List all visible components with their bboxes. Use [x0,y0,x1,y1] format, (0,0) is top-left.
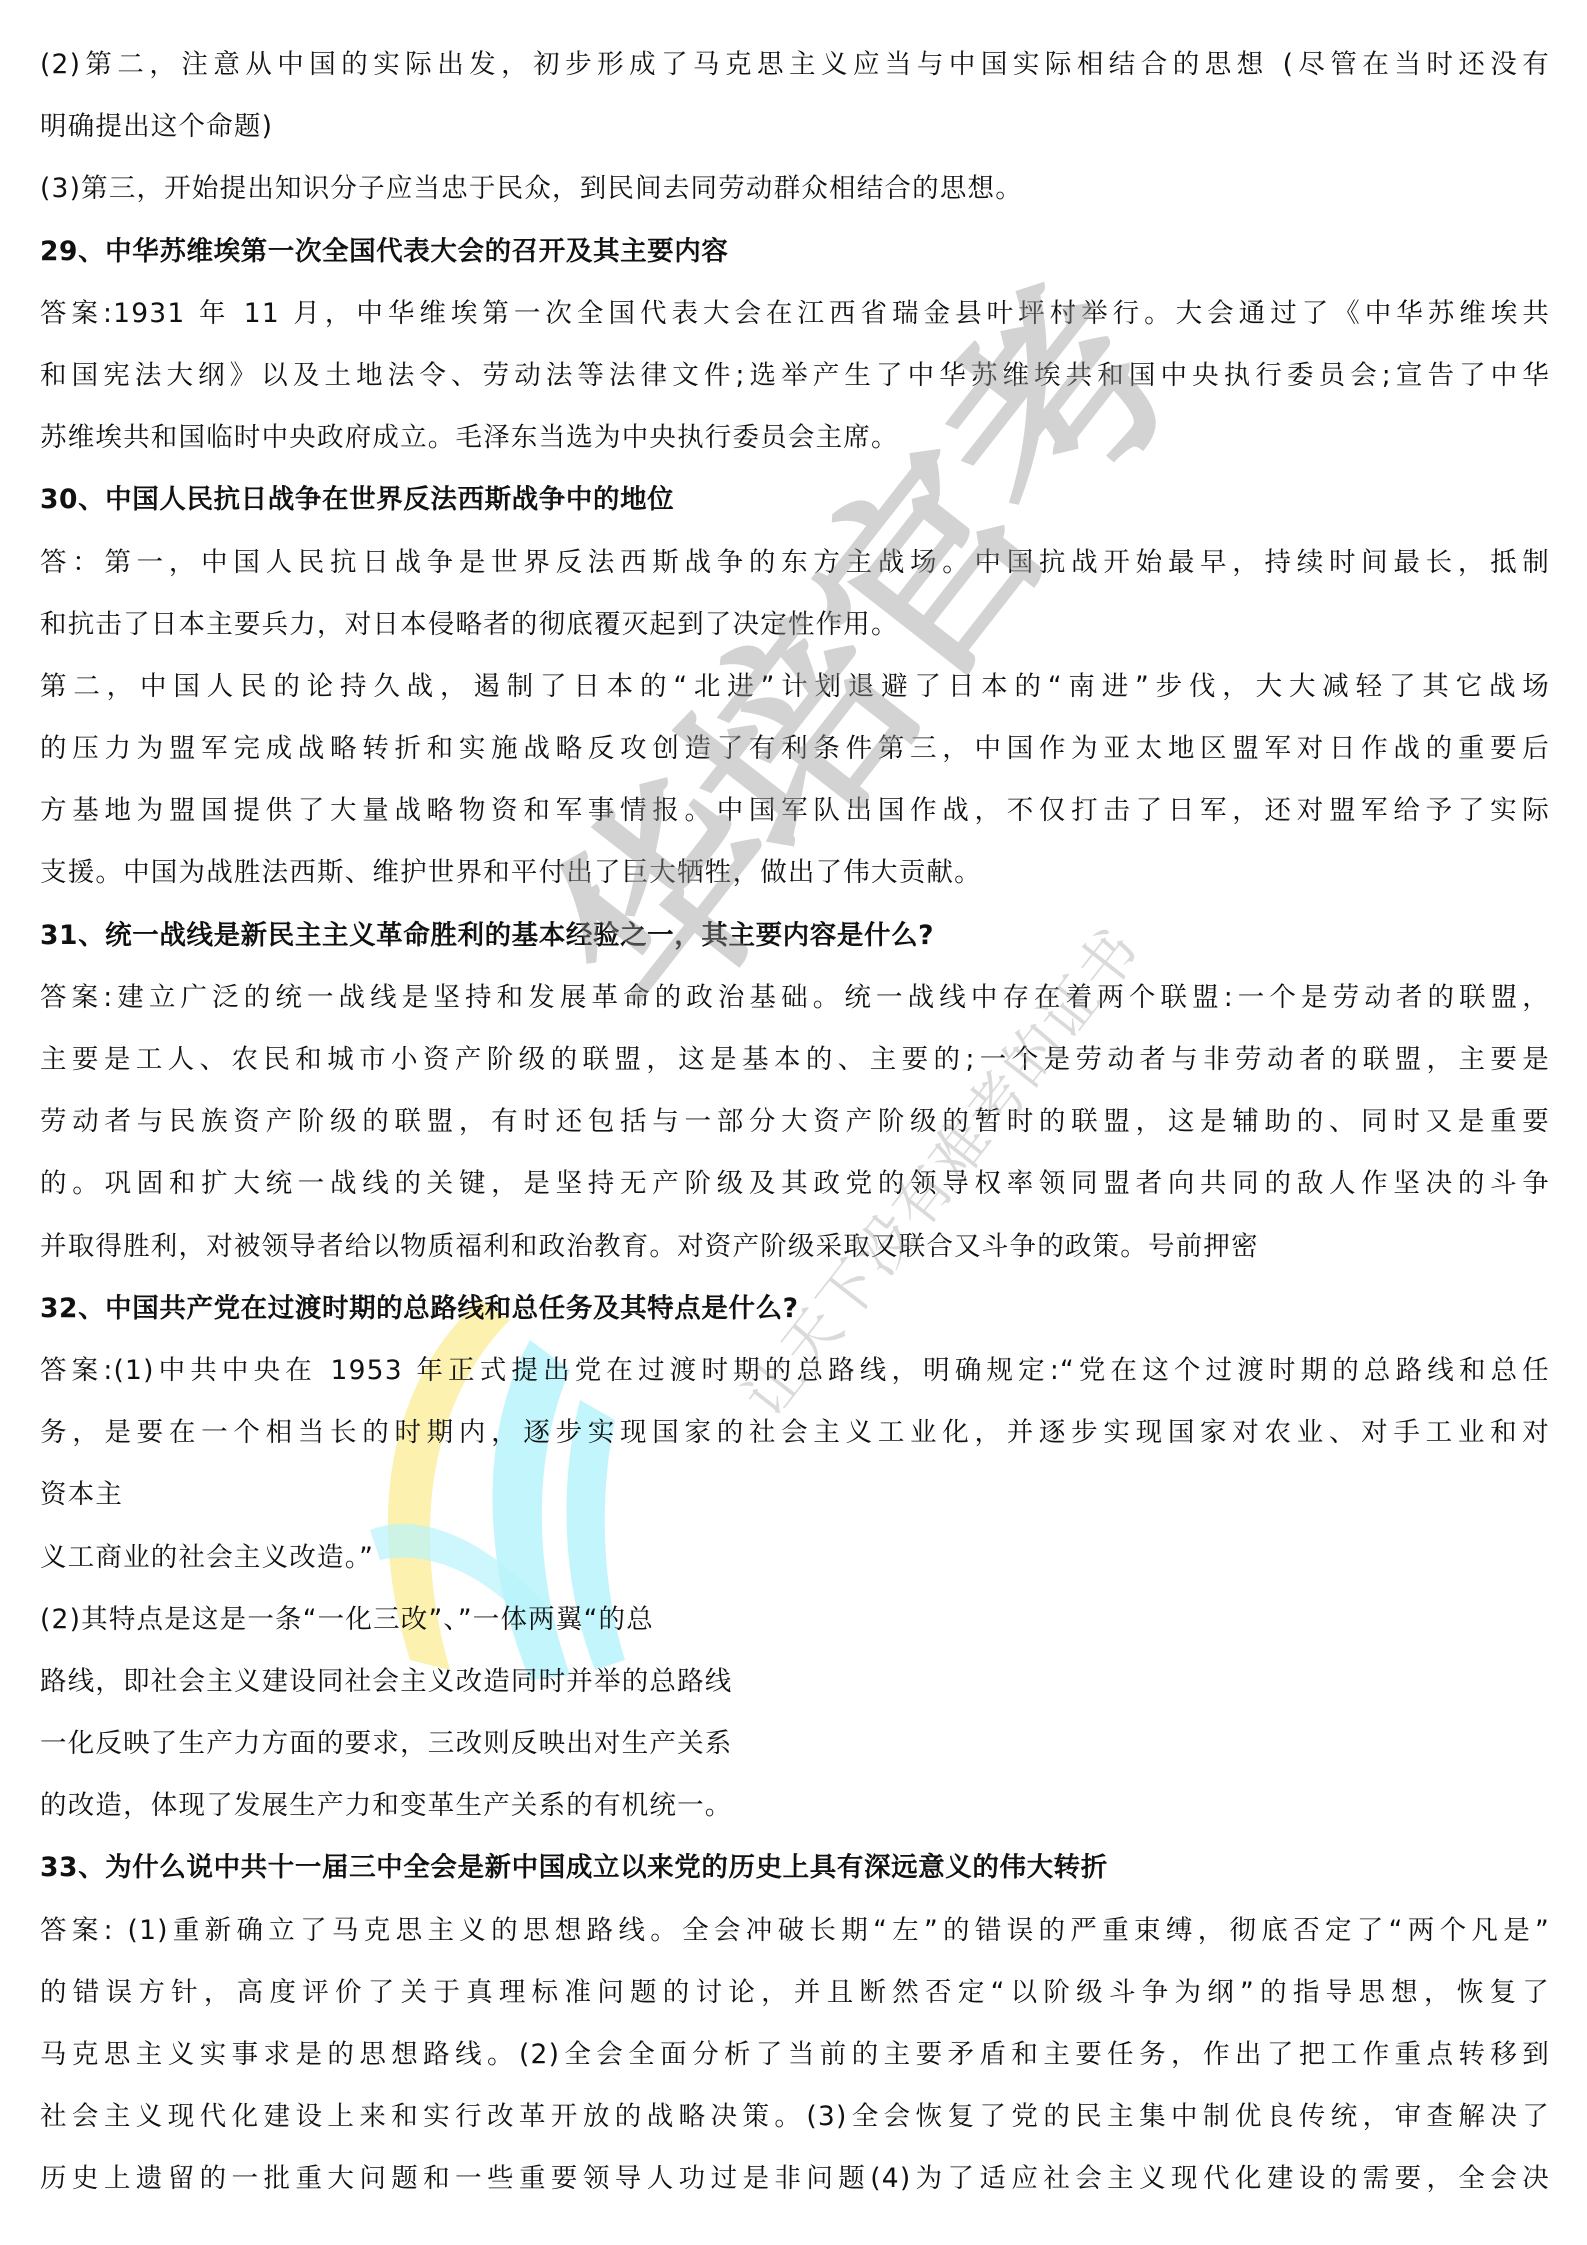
answer-text-line: 路线，即社会主义建设同社会主义改造同时并举的总路线 [40,1651,1550,1713]
answer-text-line: (3)第三，开始提出知识分子应当忠于民众，到民间去同劳动群众相结合的思想。 [40,158,1550,220]
answer-text-line: 第二，中国人民的论持久战，遏制了日本的“北进”计划退避了日本的“南进”步伐，大大… [40,656,1550,718]
answer-text-line: 的压力为盟军完成战略转折和实施战略反攻创造了有利条件第三，中国作为亚太地区盟军对… [40,718,1550,780]
question-heading: 32、中国共产党在过渡时期的总路线和总任务及其特点是什么? [40,1278,1550,1340]
answer-text-line: 历史上遗留的一批重大问题和一些重要领导人功过是非问题(4)为了适应社会主义现代化… [40,2148,1550,2210]
answer-text-line: 答案: (1)重新确立了马克思主义的思想路线。全会冲破长期“左”的错误的严重束缚… [40,1900,1550,1962]
answer-text-line: 一化反映了生产力方面的要求，三改则反映出对生产关系 [40,1713,1550,1775]
question-heading: 29、中华苏维埃第一次全国代表大会的召开及其主要内容 [40,221,1550,283]
answer-text-line: 答案:(1)中共中央在 1953 年正式提出党在过渡时期的总路线，明确规定:“党… [40,1340,1550,1402]
answer-text-line: 方基地为盟国提供了大量战略物资和军事情报。中国军队出国作战，不仅打击了日军，还对… [40,780,1550,842]
answer-text-line: 马克思主义实事求是的思想路线。(2)全会全面分析了当前的主要矛盾和主要任务，作出… [40,2024,1550,2086]
answer-text-line: 答案:建立广泛的统一战线是坚持和发展革命的政治基础。统一战线中存在着两个联盟:一… [40,967,1550,1029]
answer-text-line: 答案:1931 年 11 月，中华维埃第一次全国代表大会在江西省瑞金县叶坪村举行… [40,283,1550,345]
answer-text-line: 的错误方针，高度评价了关于真理标准问题的讨论，并且断然否定“以阶级斗争为纲”的指… [40,1962,1550,2024]
answer-text-line: 和国宪法大纲》以及土地法令、劳动法等法律文件;选举产生了中华苏维埃共和国中央执行… [40,345,1550,407]
answer-text-line: 劳动者与民族资产阶级的联盟，有时还包括与一部分大资产阶级的暂时的联盟，这是辅助的… [40,1091,1550,1153]
answer-text-line: 明确提出这个命题) [40,96,1550,158]
answer-text-line: 资本主 [40,1464,1550,1526]
answer-text-line: 和抗击了日本主要兵力，对日本侵略者的彻底覆灭起到了决定性作用。 [40,594,1550,656]
answer-text-line: 的。巩固和扩大统一战线的关键，是坚持无产阶级及其政党的领导权率领同盟者向共同的敌… [40,1153,1550,1215]
question-heading: 33、为什么说中共十一届三中全会是新中国成立以来党的历史上具有深远意义的伟大转折 [40,1837,1550,1899]
answer-text-line: 务，是要在一个相当长的时期内，逐步实现国家的社会主义工业化，并逐步实现国家对农业… [40,1402,1550,1464]
question-heading: 30、中国人民抗日战争在世界反法西斯战争中的地位 [40,469,1550,531]
answer-text-line: 苏维埃共和国临时中央政府成立。毛泽东当选为中央执行委员会主席。 [40,407,1550,469]
answer-text-line: 社会主义现代化建设上来和实行改革开放的战略决策。(3)全会恢复了党的民主集中制优… [40,2086,1550,2148]
answer-text-line: 支援。中国为战胜法西斯、维护世界和平付出了巨大牺牲，做出了伟大贡献。 [40,842,1550,904]
answer-text-line: 答：第一，中国人民抗日战争是世界反法西斯战争的东方主战场。中国抗战开始最早，持续… [40,532,1550,594]
answer-text-line: (2)其特点是这是一条“一化三改”、”一体两翼“的总 [40,1589,1550,1651]
answer-text-line: 主要是工人、农民和城市小资产阶级的联盟，这是基本的、主要的;一个是劳动者与非劳动… [40,1029,1550,1091]
answer-text-line: 的改造，体现了发展生产力和变革生产关系的有机统一。 [40,1775,1550,1837]
question-heading: 31、统一战线是新民主主义革命胜利的基本经验之一，其主要内容是什么? [40,905,1550,967]
answer-text-line: 并取得胜利，对被领导者给以物质福利和政治教育。对资产阶级采取又联合又斗争的政策。… [40,1216,1550,1278]
answer-text-line: 义工商业的社会主义改造。” [40,1527,1550,1589]
document-page: (2)第二，注意从中国的实际出发，初步形成了马克思主义应当与中国实际相结合的思想… [40,34,1550,2211]
answer-text-line: (2)第二，注意从中国的实际出发，初步形成了马克思主义应当与中国实际相结合的思想… [40,34,1550,96]
